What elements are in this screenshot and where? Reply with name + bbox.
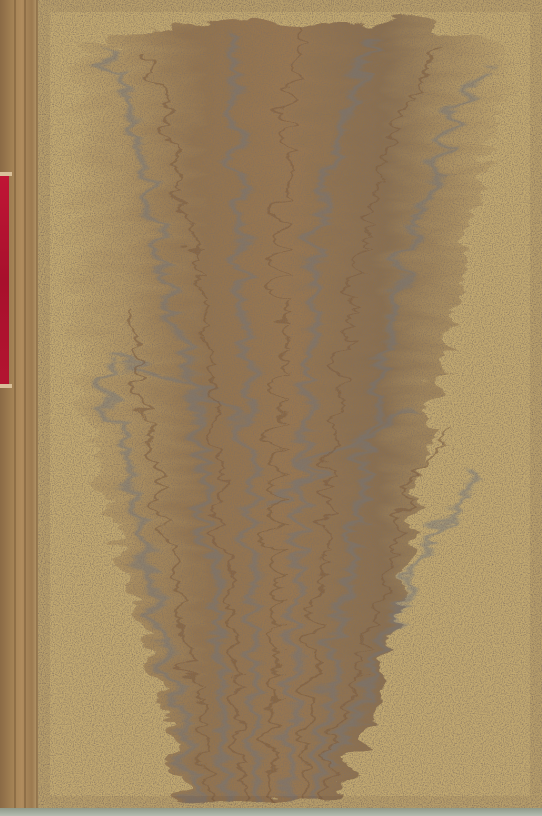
leather-spine xyxy=(0,0,40,810)
marbled-paper-pattern xyxy=(38,0,542,808)
spine-label-trim xyxy=(0,384,12,388)
spine-ridge xyxy=(24,0,26,810)
spine-ridge xyxy=(14,0,16,810)
book-cover-photo xyxy=(0,0,542,816)
marbled-board xyxy=(38,0,542,808)
spine-red-label xyxy=(0,176,9,384)
spine-label-trim xyxy=(0,172,12,176)
bottom-edge xyxy=(0,808,542,816)
